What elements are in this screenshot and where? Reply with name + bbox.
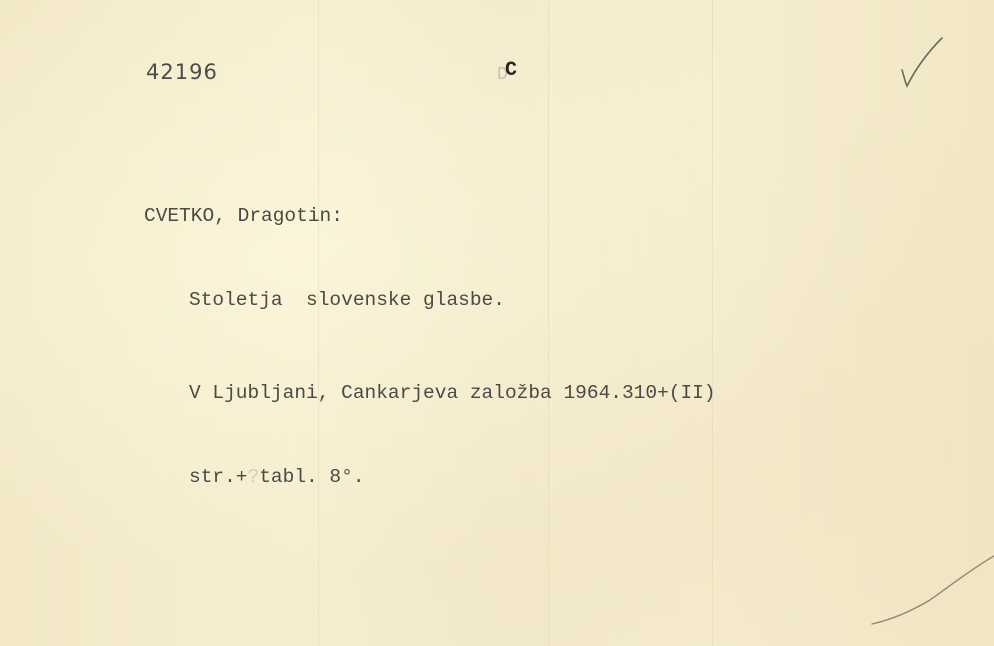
entry-collation: str.+?tabl. 8°. — [144, 463, 716, 491]
accession-number: 42196 — [146, 60, 218, 84]
entry-collation-suffix: tabl. 8°. — [259, 466, 364, 488]
entry-imprint: V Ljubljani, Cankarjeva založba 1964.310… — [144, 379, 716, 407]
checkmark-icon — [896, 36, 946, 92]
bibliographic-entry: CVETKO, Dragotin: Stoletja slovenske gla… — [144, 146, 716, 547]
entry-collation-faint-mark: ? — [248, 466, 260, 488]
catalog-card: 42196 D C CVETKO, Dragotin: Stoletja slo… — [0, 0, 994, 646]
pen-stroke-icon — [870, 548, 994, 630]
entry-collation-prefix: str.+ — [189, 466, 248, 488]
entry-author: CVETKO, Dragotin: — [144, 202, 716, 230]
classification-bold-mark: C — [505, 59, 517, 82]
classification-mark: D C — [497, 59, 527, 89]
entry-title: Stoletja slovenske glasbe. — [144, 286, 716, 314]
